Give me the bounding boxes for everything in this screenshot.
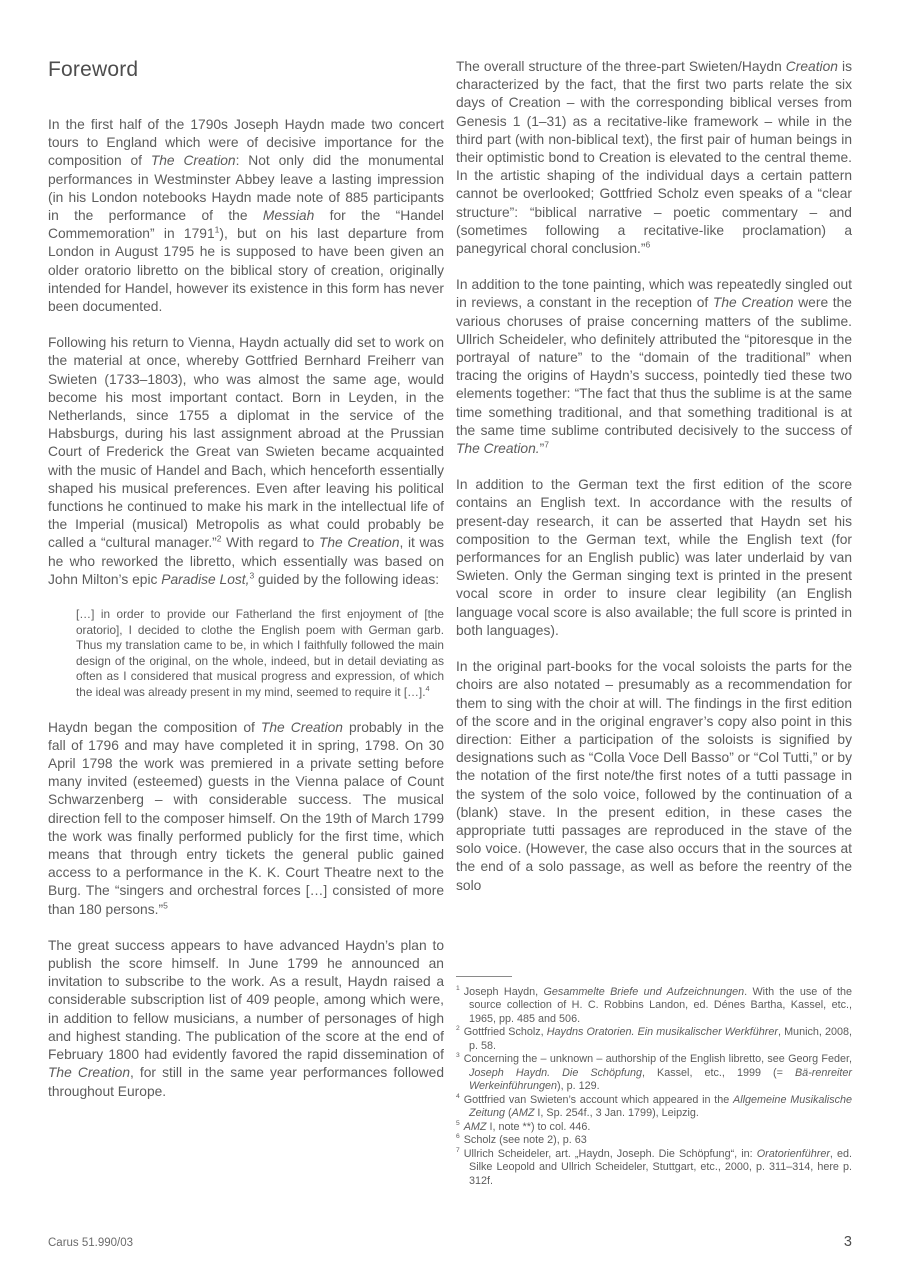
paragraph: The overall structure of the three-part … <box>456 58 852 258</box>
footnote: 7Ullrich Scheideler, art. „Haydn, Joseph… <box>456 1148 852 1189</box>
footnote: 3Concerning the – unknown – authorship o… <box>456 1053 852 1094</box>
left-column: Foreword In the first half of the 1790s … <box>48 58 444 1188</box>
paragraph: In addition to the tone painting, which … <box>456 276 852 458</box>
footnote: 6Scholz (see note 2), p. 63 <box>456 1134 852 1148</box>
page-title: Foreword <box>48 58 444 82</box>
paragraph: In the first half of the 1790s Joseph Ha… <box>48 116 444 316</box>
footnote: 5AMZ I, note **) to col. 446. <box>456 1121 852 1135</box>
paragraph: In addition to the German text the first… <box>456 476 852 640</box>
page: Foreword In the first half of the 1790s … <box>0 0 900 1278</box>
footnote: 4Gottfried van Swieten’s account which a… <box>456 1094 852 1121</box>
left-column-paragraphs: In the first half of the 1790s Joseph Ha… <box>48 116 444 1101</box>
footnote-list: 1Joseph Haydn, Gesammelte Briefe und Auf… <box>456 986 852 1189</box>
imprint: Carus 51.990/03 <box>48 1237 133 1249</box>
right-column-paragraphs: The overall structure of the three-part … <box>456 58 852 913</box>
paragraph: The great success appears to have advanc… <box>48 937 444 1101</box>
footnotes-block: 1Joseph Haydn, Gesammelte Briefe und Auf… <box>456 976 852 1189</box>
right-column: The overall structure of the three-part … <box>456 58 852 1188</box>
block-quote: […] in order to provide our Fatherland t… <box>76 607 444 701</box>
paragraph: In the original part-books for the vocal… <box>456 658 852 895</box>
footnote-separator <box>456 976 512 977</box>
paragraph: Haydn began the composition of The Creat… <box>48 719 444 919</box>
two-column-layout: Foreword In the first half of the 1790s … <box>48 58 852 1188</box>
footnote: 1Joseph Haydn, Gesammelte Briefe und Auf… <box>456 986 852 1027</box>
footnote: 2Gottfried Scholz, Haydns Oratorien. Ein… <box>456 1026 852 1053</box>
page-footer: Carus 51.990/03 3 <box>48 1234 852 1250</box>
page-number: 3 <box>844 1234 852 1250</box>
paragraph: Following his return to Vienna, Haydn ac… <box>48 334 444 589</box>
